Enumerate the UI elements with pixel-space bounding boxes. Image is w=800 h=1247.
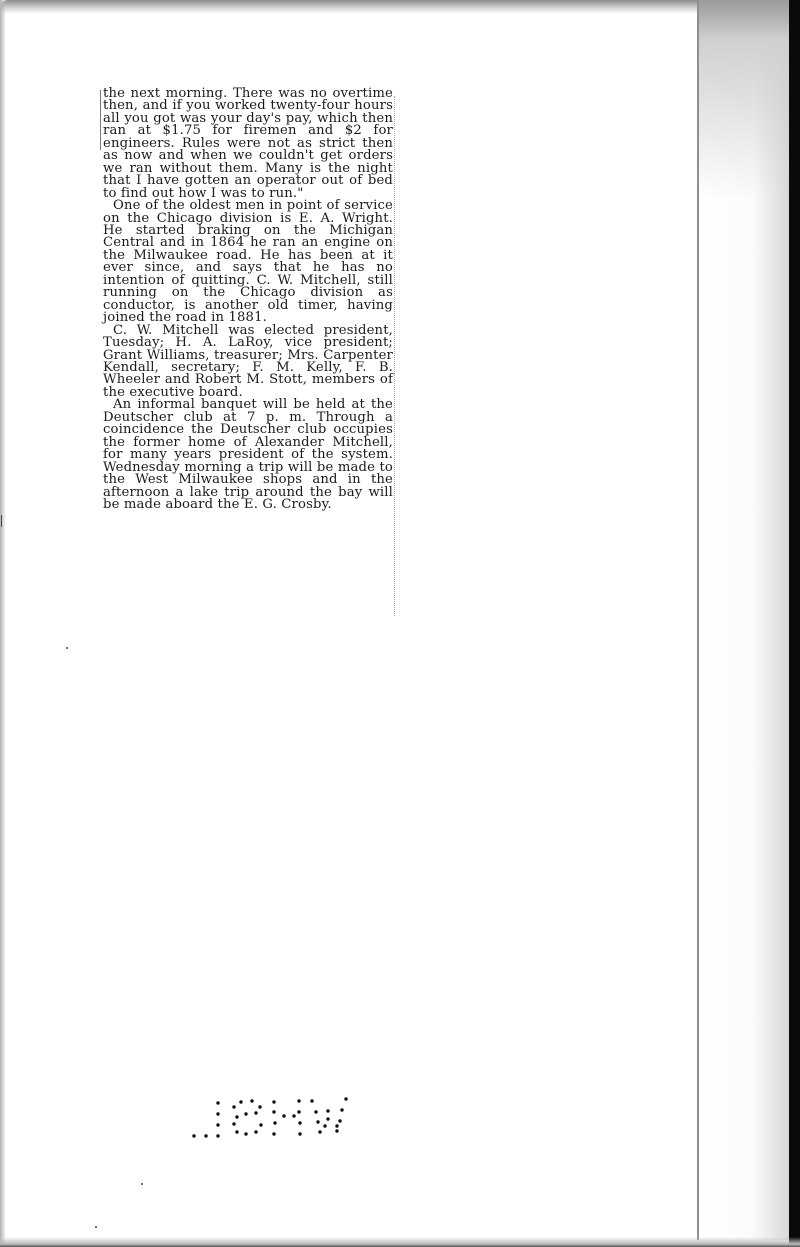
scan-speck <box>1 515 2 527</box>
right-strip-shadow <box>699 0 789 200</box>
scanned-page: the next morning. There was no overtime … <box>0 0 800 1247</box>
scan-speck <box>66 647 68 649</box>
scan-speck <box>95 1226 97 1228</box>
perforation-dots-icon <box>190 1095 350 1140</box>
page-fold-line <box>697 0 699 1240</box>
newspaper-clipping: the next morning. There was no overtime … <box>103 88 393 511</box>
top-scan-shadow <box>0 0 700 14</box>
right-dark-edge <box>789 0 800 1247</box>
clipping-left-edge <box>100 90 101 150</box>
bottom-scan-shadow <box>0 1237 800 1247</box>
paragraph-1: the next morning. There was no overtime … <box>103 88 393 200</box>
paragraph-4: An informal banquet will be held at the … <box>103 399 393 511</box>
paragraph-2: One of the oldest men in point of servic… <box>103 200 393 325</box>
left-scan-shadow <box>0 0 6 1247</box>
perforated-stamp <box>190 1095 350 1140</box>
clipping-right-edge <box>393 96 395 616</box>
paragraph-3: C. W. Mitchell was elected president, Tu… <box>103 325 393 400</box>
scan-speck <box>141 1183 143 1185</box>
